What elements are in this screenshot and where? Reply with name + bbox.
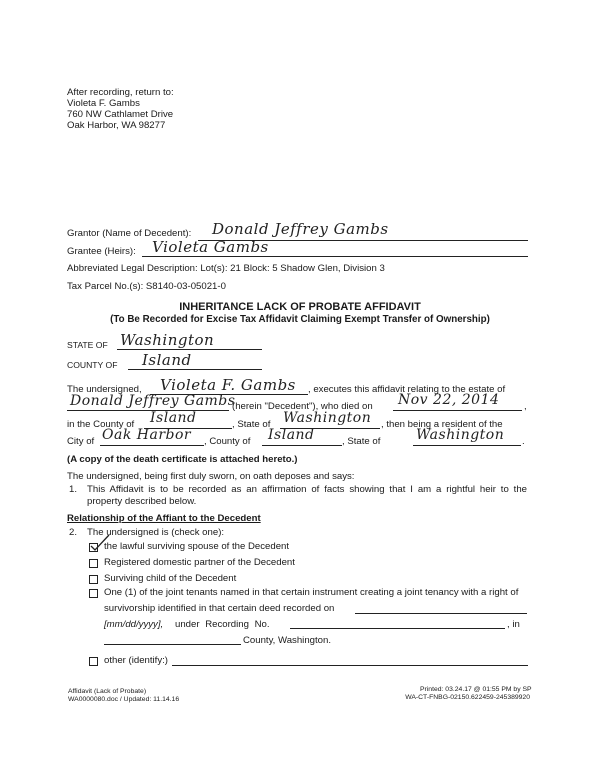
death-cert-note: (A copy of the death certificate is atta…	[67, 454, 297, 466]
res-county[interactable]: Island	[268, 427, 315, 443]
grantee-label: Grantee (Heirs):	[67, 246, 136, 258]
grantee-value[interactable]: Violeta Gambs	[152, 238, 269, 256]
date-format-hint: [mm/dd/yyyy],	[104, 619, 163, 631]
relationship-heading: Relationship of the Affiant to the Deced…	[67, 513, 261, 525]
checkbox-domestic-partner[interactable]	[89, 559, 98, 568]
joint-line3-end: , in	[507, 619, 520, 631]
other-line[interactable]	[172, 665, 528, 666]
checkbox-joint-tenant[interactable]	[89, 589, 98, 598]
option-child: Surviving child of the Decedent	[104, 573, 236, 585]
county-value[interactable]: Island	[142, 351, 192, 369]
state-line	[117, 349, 262, 350]
grantor-value[interactable]: Donald Jeffrey Gambs	[212, 220, 389, 238]
checkbox-child[interactable]	[89, 575, 98, 584]
deed-date-line[interactable]	[355, 613, 527, 614]
county-line	[128, 369, 262, 370]
footer-printed: Printed: 03.24.17 @ 01:55 PM by SP	[420, 686, 530, 694]
item1-number: 1.	[69, 484, 77, 496]
res-city[interactable]: Oak Harbor	[102, 427, 191, 443]
footer-reference: WA-CT-FNBG-02150.622459-245389920	[380, 694, 530, 702]
p1-e: , State of	[232, 419, 270, 431]
affiant-name[interactable]: Violeta F. Gambs	[160, 376, 296, 394]
county-label: COUNTY OF	[67, 360, 117, 370]
decedent-line	[67, 410, 229, 411]
death-state[interactable]: Washington	[283, 410, 371, 426]
tax-parcel: Tax Parcel No.(s): S8140-03-05021-0	[67, 281, 226, 293]
death-date[interactable]: Nov 22, 2014	[398, 392, 499, 408]
p1-i: , State of	[342, 436, 380, 448]
item2-number: 2.	[69, 527, 77, 539]
footer-doc-name: Affidavit (Lack of Probate)	[68, 688, 146, 696]
state-value[interactable]: Washington	[120, 331, 214, 349]
res-city-line	[100, 445, 204, 446]
document-title: INHERITANCE LACK OF PROBATE AFFIDAVIT	[0, 301, 600, 313]
checkbox-other[interactable]	[89, 657, 98, 666]
comma: ,	[524, 401, 527, 413]
recording-no-line[interactable]	[290, 628, 505, 629]
death-county[interactable]: Island	[150, 410, 197, 426]
option-joint-tenant: One (1) of the joint tenants named in th…	[104, 587, 518, 599]
joint-line2: survivorship identified in that certain …	[104, 603, 334, 615]
sworn-statement: The undersigned, being first duly sworn,…	[67, 471, 354, 483]
p1-h: , County of	[204, 436, 250, 448]
period: .	[522, 436, 525, 448]
res-state[interactable]: Washington	[416, 427, 504, 443]
option-other: other (identify:)	[104, 655, 168, 667]
option-domestic-partner: Registered domestic partner of the Deced…	[104, 557, 295, 569]
footer-doc-id: WA0000080.doc / Updated: 11.14.16	[68, 696, 179, 704]
document-subtitle: (To Be Recorded for Excise Tax Affidavit…	[0, 314, 600, 325]
recording-no-label: under Recording No.	[175, 619, 270, 631]
res-state-line	[413, 445, 521, 446]
p1-g: City of	[67, 436, 94, 448]
option-spouse: the lawful surviving spouse of the Deced…	[104, 541, 289, 553]
state-label: STATE OF	[67, 340, 108, 350]
decedent-name[interactable]: Donald Jeffrey Gambs	[70, 393, 235, 409]
return-city: Oak Harbor, WA 98277	[67, 120, 165, 132]
legal-description: Abbreviated Legal Description: Lot(s): 2…	[67, 263, 385, 275]
res-county-line	[262, 445, 342, 446]
joint-line4: County, Washington.	[243, 635, 331, 647]
grantee-line	[142, 256, 528, 257]
death-date-line	[393, 410, 522, 411]
item1-line1: This Affidavit is to be recorded as an a…	[87, 484, 527, 496]
county-blank-line[interactable]	[104, 644, 241, 645]
item1-line2: property described below.	[87, 496, 196, 508]
